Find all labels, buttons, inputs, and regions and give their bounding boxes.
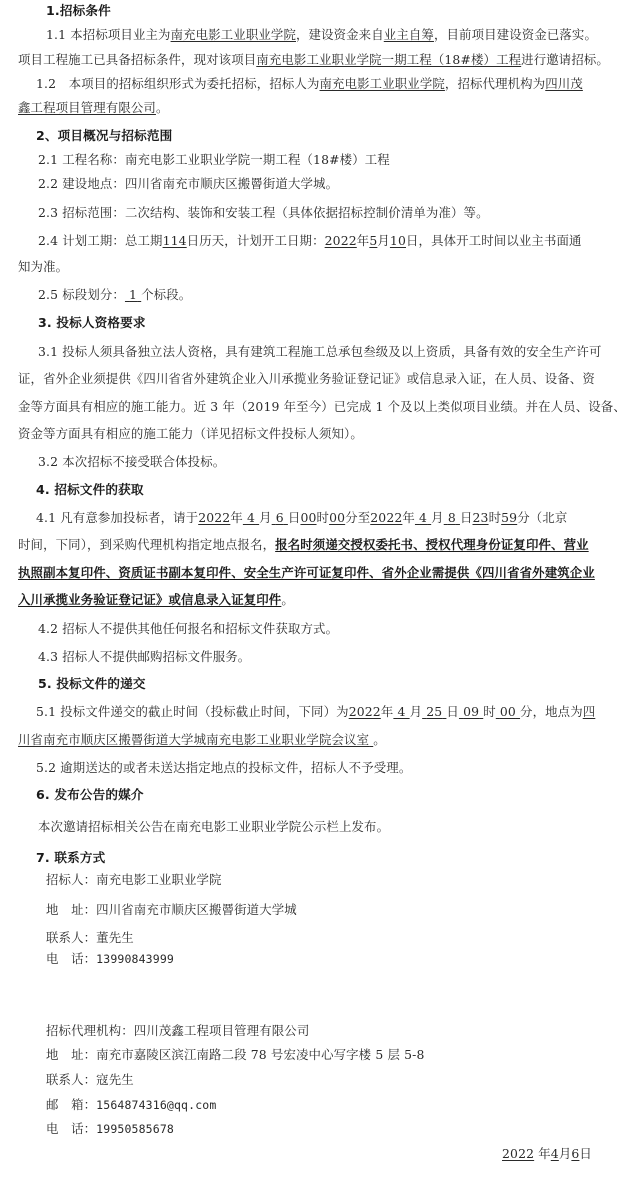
value: 四川茂鑫工程项目管理有限公司 bbox=[134, 1023, 310, 1038]
text: 进行邀请招标。 bbox=[521, 52, 609, 67]
value: 1564874316@qq.com bbox=[96, 1098, 216, 1112]
para-2-4-line-1: 2.4 计划工期：总工期114日历天，计划开工日期：2022年5月10日，具体开… bbox=[38, 233, 582, 249]
para-2-5: 2.5 标段划分： 1 个标段。 bbox=[38, 287, 191, 303]
location: 川省南充市顺庆区搬罾街道大学城南充电影工业职业学院会议室 bbox=[18, 732, 373, 747]
tenderer-address-row: 地 址：四川省南充市顺庆区搬罾街道大学城 bbox=[46, 902, 297, 918]
tenderer-phone-row: 电 话：13990843999 bbox=[46, 951, 174, 967]
agent-name: 四川茂 bbox=[545, 76, 583, 91]
text: ，招标代理机构为 bbox=[445, 76, 545, 91]
date-month: 4 bbox=[551, 1146, 559, 1161]
text: 日，具体开工时间以业主书面通 bbox=[406, 233, 582, 248]
para-6: 本次邀请招标相关公告在南充电影工业职业学院公示栏上发布。 bbox=[38, 819, 389, 835]
text: 1.1 本招标项目业主为 bbox=[46, 27, 171, 42]
label: 联系人： bbox=[46, 930, 96, 945]
required-documents: 入川承揽业务验证登记证》或信息录入证复印件 bbox=[18, 592, 281, 607]
agent-phone-row: 电 话：19950585678 bbox=[46, 1121, 174, 1137]
section-2-title: 2、项目概况与招标范围 bbox=[36, 128, 172, 144]
label: 邮 箱： bbox=[46, 1097, 96, 1112]
section-count: 1 bbox=[125, 287, 141, 302]
para-4-1-line-2: 时间，下同），到采购代理机构指定地点报名，报名时须递交授权委托书、授权代理身份证… bbox=[18, 537, 589, 553]
deadline-minute: 00 bbox=[496, 704, 520, 719]
section-3-title: 3. 投标人资格要求 bbox=[38, 315, 146, 331]
text: 日历天，计划开工日期： bbox=[187, 233, 325, 248]
end-year: 2022 bbox=[370, 510, 402, 525]
owner-name: 南充电影工业职业学院 bbox=[171, 27, 296, 42]
para-2-4-line-2: 知为准。 bbox=[18, 259, 68, 275]
agent-email-row: 邮 箱：1564874316@qq.com bbox=[46, 1097, 216, 1113]
text: 5.1 投标文件递交的截止时间（投标截止时间，下同）为 bbox=[36, 704, 349, 719]
text: 时间，下同），到采购代理机构指定地点报名， bbox=[18, 537, 275, 552]
para-5-2: 5.2 逾期送达的或者未送达指定地点的投标文件，招标人不予受理。 bbox=[36, 760, 411, 776]
tenderer-name: 南充电影工业职业学院 bbox=[320, 76, 445, 91]
end-minute: 59 bbox=[501, 510, 517, 525]
para-1-1-line-2: 项目工程施工已具备招标条件，现对该项目南充电影工业职业学院一期工程（18#楼）工… bbox=[18, 52, 609, 68]
para-1-1-line-1: 1.1 本招标项目业主为南充电影工业职业学院，建设资金来自业主自筹，目前项目建设… bbox=[46, 27, 597, 43]
para-3-1-line-2: 证，省外企业须提供《四川省省外建筑企业入川承揽业务验证登记证》或信息录入证，在人… bbox=[18, 371, 595, 387]
deadline-month: 4 bbox=[393, 704, 409, 719]
value: 19950585678 bbox=[96, 1122, 174, 1136]
text: ，目前项目建设资金已落实。 bbox=[434, 27, 597, 42]
para-5-1-line-1: 5.1 投标文件递交的截止时间（投标截止时间，下同）为2022年 4 月 25 … bbox=[36, 704, 595, 720]
document-date: 2022 年4月6日 bbox=[502, 1146, 592, 1162]
agent-contact-row: 联系人：寇先生 bbox=[46, 1072, 134, 1088]
deadline-day: 25 bbox=[422, 704, 446, 719]
para-4-1-line-1: 4.1 凡有意参加投标者，请于2022年 4 月 6 日00时00分至2022年… bbox=[36, 510, 567, 526]
para-3-1-line-3: 金等方面具有相应的施工能力。近 3 年（2019 年至今）已完成 1 个及以上类… bbox=[18, 399, 626, 415]
section-1-title: 1.招标条件 bbox=[46, 3, 111, 19]
text: 个标段。 bbox=[141, 287, 191, 302]
location: 四 bbox=[583, 704, 596, 719]
duration-days: 114 bbox=[163, 233, 187, 248]
end-hour: 23 bbox=[473, 510, 489, 525]
section-6-title: 6. 发布公告的媒介 bbox=[36, 787, 144, 803]
start-year: 2022 bbox=[198, 510, 230, 525]
para-4-1-line-3: 执照副本复印件、资质证书副本复印件、安全生产许可证复印件、省外企业需提供《四川省… bbox=[18, 565, 595, 581]
text: 年 bbox=[357, 233, 370, 248]
para-1-2-line-1: 1.2 本项目的招标组织形式为委托招标，招标人为南充电影工业职业学院，招标代理机… bbox=[36, 76, 583, 92]
section-4-title: 4. 招标文件的获取 bbox=[36, 482, 144, 498]
start-hour: 00 bbox=[300, 510, 316, 525]
text: ，建设资金来自 bbox=[296, 27, 384, 42]
end-day: 8 bbox=[444, 510, 460, 525]
required-documents: 执照副本复印件、资质证书副本复印件、安全生产许可证复印件、省外企业需提供《四川省… bbox=[18, 565, 595, 580]
end-month: 4 bbox=[415, 510, 431, 525]
start-year: 2022 bbox=[325, 233, 357, 248]
para-2-1: 2.1 工程名称：南充电影工业职业学院一期工程（18#楼）工程 bbox=[38, 152, 390, 168]
para-4-3: 4.3 招标人不提供邮购招标文件服务。 bbox=[38, 649, 250, 665]
label: 招标代理机构： bbox=[46, 1023, 134, 1038]
agent-name: 鑫工程项目管理有限公司 bbox=[18, 100, 156, 115]
value: 董先生 bbox=[96, 930, 134, 945]
start-month: 4 bbox=[243, 510, 259, 525]
label: 地 址： bbox=[46, 1047, 96, 1062]
text: 项目工程施工已具备招标条件，现对该项目 bbox=[18, 52, 256, 67]
date-year: 2022 bbox=[502, 1146, 534, 1161]
project-name: 南充电影工业职业学院一期工程（18#楼）工程 bbox=[256, 52, 521, 67]
para-3-1-line-4: 资金等方面具有相应的施工能力（详见招标文件投标人须知）。 bbox=[18, 426, 363, 442]
value: 南充市嘉陵区滨江南路二段 78 号宏凌中心写字楼 5 层 5-8 bbox=[96, 1047, 424, 1062]
agent-name-row: 招标代理机构：四川茂鑫工程项目管理有限公司 bbox=[46, 1023, 309, 1039]
deadline-year: 2022 bbox=[349, 704, 381, 719]
para-1-2-line-2: 鑫工程项目管理有限公司。 bbox=[18, 100, 169, 116]
agent-address-row: 地 址：南充市嘉陵区滨江南路二段 78 号宏凌中心写字楼 5 层 5-8 bbox=[46, 1047, 424, 1063]
text: 2.5 标段划分： bbox=[38, 287, 125, 302]
para-3-2: 3.2 本次招标不接受联合体投标。 bbox=[38, 454, 225, 470]
start-day: 6 bbox=[272, 510, 288, 525]
label: 招标人： bbox=[46, 872, 96, 887]
required-documents: 报名时须递交授权委托书、授权代理身份证复印件、营业 bbox=[275, 537, 589, 552]
para-3-1-line-1: 3.1 投标人须具备独立法人资格，具有建筑工程施工总承包叁级及以上资质，具备有效… bbox=[38, 344, 602, 360]
label: 电 话： bbox=[46, 1121, 96, 1136]
para-4-2: 4.2 招标人不提供其他任何报名和招标文件获取方式。 bbox=[38, 621, 338, 637]
text: 4.1 凡有意参加投标者，请于 bbox=[36, 510, 198, 525]
value: 寇先生 bbox=[96, 1072, 134, 1087]
para-4-1-line-4: 入川承揽业务验证登记证》或信息录入证复印件。 bbox=[18, 592, 294, 608]
text: 1.2 本项目的招标组织形式为委托招标，招标人为 bbox=[36, 76, 320, 91]
tenderer-contact-row: 联系人：董先生 bbox=[46, 930, 134, 946]
deadline-hour: 09 bbox=[459, 704, 483, 719]
value: 四川省南充市顺庆区搬罾街道大学城 bbox=[96, 902, 297, 917]
text: 2.4 计划工期：总工期 bbox=[38, 233, 163, 248]
text: 。 bbox=[156, 100, 169, 115]
label: 电 话： bbox=[46, 951, 96, 966]
section-7-title: 7. 联系方式 bbox=[36, 850, 105, 866]
value: 13990843999 bbox=[96, 952, 174, 966]
text: 月 bbox=[377, 233, 390, 248]
para-5-1-line-2: 川省南充市顺庆区搬罾街道大学城南充电影工业职业学院会议室 。 bbox=[18, 732, 386, 748]
para-2-2: 2.2 建设地点：四川省南充市顺庆区搬罾街道大学城。 bbox=[38, 176, 338, 192]
start-minute: 00 bbox=[329, 510, 345, 525]
value: 南充电影工业职业学院 bbox=[96, 872, 221, 887]
para-2-3: 2.3 招标范围：二次结构、装饰和安装工程（具体依据招标控制价清单为准）等。 bbox=[38, 205, 489, 221]
label: 联系人： bbox=[46, 1072, 96, 1087]
tenderer-name-row: 招标人：南充电影工业职业学院 bbox=[46, 872, 222, 888]
start-day: 10 bbox=[390, 233, 406, 248]
section-5-title: 5. 投标文件的递交 bbox=[38, 676, 146, 692]
fund-source: 业主自筹 bbox=[384, 27, 434, 42]
label: 地 址： bbox=[46, 902, 96, 917]
